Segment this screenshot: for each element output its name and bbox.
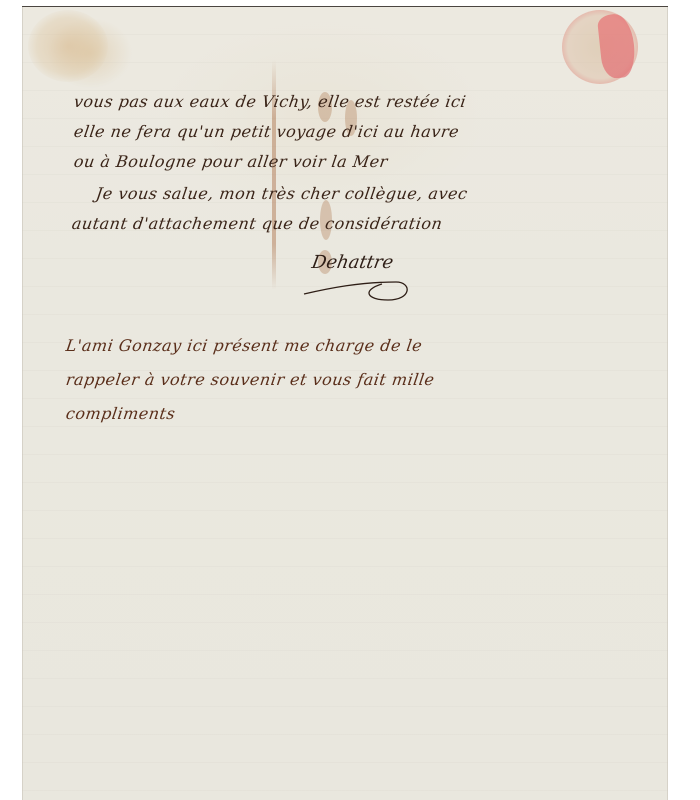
scanned-letter-page: vous pas aux eaux de Vichy, elle est res… [0,0,700,800]
postscript-line: compliments [65,404,177,423]
postscript-line: rappeler à votre souvenir et vous fait m… [65,370,436,389]
closing-line: autant d'attachement que de considératio… [71,214,444,233]
signature-flourish [300,270,420,304]
letter-line: ou à Boulogne pour aller voir la Mer [73,152,390,171]
wax-seal-red [562,10,638,84]
closing-line: Je vous salue, mon très cher collègue, a… [95,184,469,203]
letter-line: elle ne fera qu'un petit voyage d'ici au… [73,122,461,141]
letter-line: vous pas aux eaux de Vichy, elle est res… [73,92,468,111]
postscript-line: L'ami Gonzay ici présent me charge de le [65,336,424,355]
wax-seal-residue-left [28,10,108,82]
